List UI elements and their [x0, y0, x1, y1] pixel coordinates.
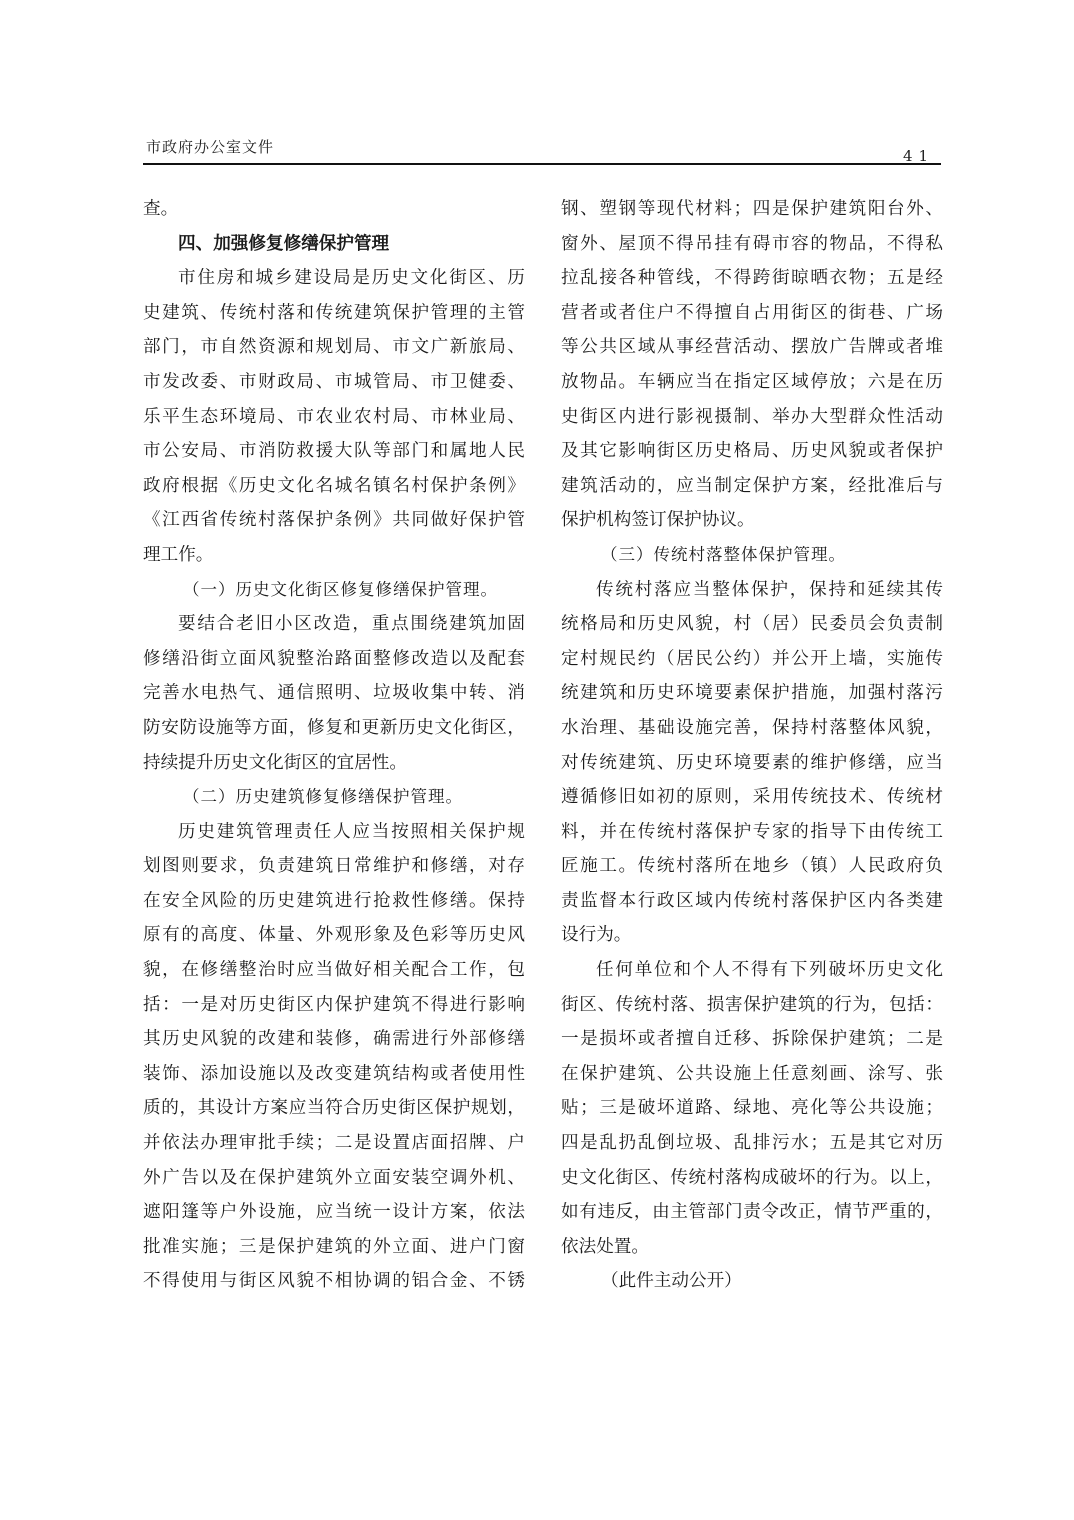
text-line: 统建筑和历史环境要素保护措施，加强村落污 — [561, 676, 943, 711]
text-line: 依法处置。 — [561, 1230, 943, 1265]
header-title: 市政府办公室文件 — [146, 136, 274, 157]
paragraph-start-line: 要结合老旧小区改造，重点围绕建筑加固 — [143, 607, 525, 642]
text-line: 史文化街区、传统村落构成破坏的行为。以上， — [561, 1161, 943, 1196]
text-line: 责监督本行政区域内传统村落保护区内各类建 — [561, 884, 943, 919]
paragraph-start-line: 历史建筑管理责任人应当按照相关保护规 — [143, 815, 525, 850]
text-line: 市发改委、市财政局、市城管局、市卫健委、 — [143, 365, 525, 400]
paragraph-start-line: 任何单位和个人不得有下列破坏历史文化 — [561, 953, 943, 988]
text-line: 部门，市自然资源和规划局、市文广新旅局、 — [143, 330, 525, 365]
subsection-heading: （三）传统村落整体保护管理。 — [561, 538, 943, 573]
text-line: 贴；三是破坏道路、绿地、亮化等公共设施； — [561, 1091, 943, 1126]
text-line: 料，并在传统村落保护专家的指导下由传统工 — [561, 815, 943, 850]
header-divider — [143, 163, 941, 165]
text-line: 设行为。 — [561, 918, 943, 953]
text-line: 在安全风险的历史建筑进行抢救性修缮。保持 — [143, 884, 525, 919]
text-line: 放物品。车辆应当在指定区域停放；六是在历 — [561, 365, 943, 400]
text-line: 保护机构签订保护协议。 — [561, 503, 943, 538]
text-line: 其历史风貌的改建和装修，确需进行外部修缮 — [143, 1022, 525, 1057]
text-line: 对传统建筑、历史环境要素的维护修缮，应当 — [561, 746, 943, 781]
text-line: 防安防设施等方面，修复和更新历史文化街区， — [143, 711, 525, 746]
text-line: 批准实施；三是保护建筑的外立面、进户门窗 — [143, 1230, 525, 1265]
text-line: 史建筑、传统村落和传统建筑保护管理的主管 — [143, 296, 525, 331]
text-line: 建筑活动的，应当制定保护方案，经批准后与 — [561, 469, 943, 504]
text-line: 不得使用与街区风貌不相协调的铝合金、不锈 — [143, 1264, 525, 1299]
text-line: 查。 — [143, 192, 525, 227]
text-line: 市公安局、市消防救援大队等部门和属地人民 — [143, 434, 525, 469]
disclosure-note: （此件主动公开） — [561, 1264, 943, 1299]
text-line: 等公共区域从事经营活动、摆放广告牌或者堆 — [561, 330, 943, 365]
text-line: 《江西省传统村落保护条例》共同做好保护管 — [143, 503, 525, 538]
text-line: 乐平生态环境局、市农业农村局、市林业局、 — [143, 400, 525, 435]
left-column: 查。四、加强修复修缮保护管理市住房和城乡建设局是历史文化街区、历史建筑、传统村落… — [143, 192, 525, 1299]
text-line: 持续提升历史文化街区的宜居性。 — [143, 746, 525, 781]
text-line: 钢、塑钢等现代材料；四是保护建筑阳台外、 — [561, 192, 943, 227]
text-line: 原有的高度、体量、外观形象及色彩等历史风 — [143, 918, 525, 953]
text-line: 四是乱扔乱倒垃圾、乱排污水；五是其它对历 — [561, 1126, 943, 1161]
paragraph-start-line: 市住房和城乡建设局是历史文化街区、历 — [143, 261, 525, 296]
text-line: 修缮沿街立面风貌整治路面整修改造以及配套 — [143, 642, 525, 677]
text-line: 定村规民约（居民公约）并公开上墙，实施传 — [561, 642, 943, 677]
text-line: 史街区内进行影视摄制、举办大型群众性活动 — [561, 400, 943, 435]
text-line: 营者或者住户不得擅自占用街区的街巷、广场 — [561, 296, 943, 331]
text-line: 在保护建筑、公共设施上任意刻画、涂写、张 — [561, 1057, 943, 1092]
text-line: 遵循修旧如初的原则，采用传统技术、传统材 — [561, 780, 943, 815]
text-line: 完善水电热气、通信照明、垃圾收集中转、消 — [143, 676, 525, 711]
text-line: 划图则要求，负责建筑日常维护和修缮，对存 — [143, 849, 525, 884]
text-line: 及其它影响街区历史格局、历史风貌或者保护 — [561, 434, 943, 469]
text-line: 窗外、屋顶不得吊挂有碍市容的物品，不得私 — [561, 227, 943, 262]
right-column: 钢、塑钢等现代材料；四是保护建筑阳台外、窗外、屋顶不得吊挂有碍市容的物品，不得私… — [561, 192, 943, 1299]
section-heading: 四、加强修复修缮保护管理 — [143, 227, 525, 262]
text-line: 括：一是对历史街区内保护建筑不得进行影响 — [143, 988, 525, 1023]
text-line: 统格局和历史风貌，村（居）民委员会负责制 — [561, 607, 943, 642]
paragraph-start-line: 传统村落应当整体保护，保持和延续其传 — [561, 573, 943, 608]
subsection-heading: （二）历史建筑修复修缮保护管理。 — [143, 780, 525, 815]
text-line: 一是损坏或者擅自迁移、拆除保护建筑；二是 — [561, 1022, 943, 1057]
text-line: 质的，其设计方案应当符合历史街区保护规划， — [143, 1091, 525, 1126]
text-line: 水治理、基础设施完善，保持村落整体风貌， — [561, 711, 943, 746]
text-line: 如有违反，由主管部门责令改正，情节严重的， — [561, 1195, 943, 1230]
text-line: 装饰、添加设施以及改变建筑结构或者使用性 — [143, 1057, 525, 1092]
text-line: 遮阳篷等户外设施，应当统一设计方案，依法 — [143, 1195, 525, 1230]
text-line: 理工作。 — [143, 538, 525, 573]
text-line: 拉乱接各种管线，不得跨街晾晒衣物；五是经 — [561, 261, 943, 296]
text-line: 外广告以及在保护建筑外立面安装空调外机、 — [143, 1161, 525, 1196]
text-line: 并依法办理审批手续；二是设置店面招牌、户 — [143, 1126, 525, 1161]
text-line: 匠施工。传统村落所在地乡（镇）人民政府负 — [561, 849, 943, 884]
text-line: 貌，在修缮整治时应当做好相关配合工作，包 — [143, 953, 525, 988]
text-line: 街区、传统村落、损害保护建筑的行为，包括： — [561, 988, 943, 1023]
subsection-heading: （一）历史文化街区修复修缮保护管理。 — [143, 573, 525, 608]
text-line: 政府根据《历史文化名城名镇名村保护条例》 — [143, 469, 525, 504]
